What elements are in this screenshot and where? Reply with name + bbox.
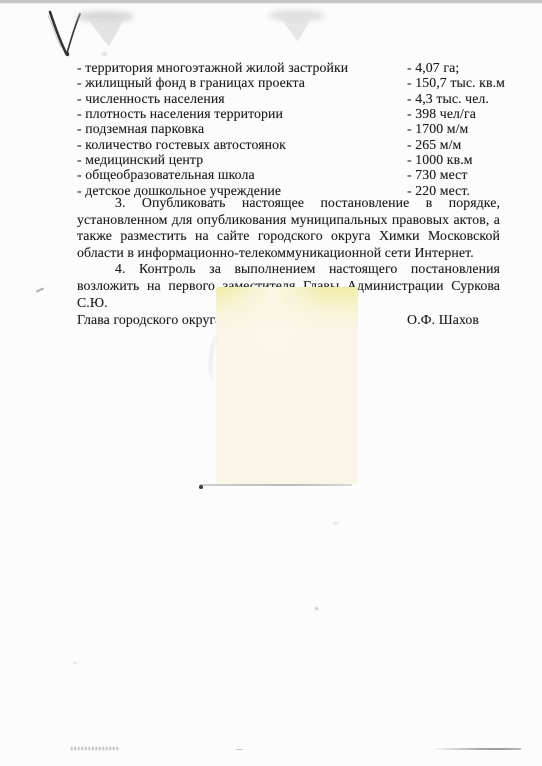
parameter-row: - количество гостевых автостоянок - 265 … — [77, 137, 507, 152]
footer-dash-mark — [236, 749, 243, 750]
scan-smudge-left-tail — [88, 20, 124, 48]
parameter-label: - подземная парковка — [77, 121, 204, 136]
footer-scan-line — [431, 748, 521, 750]
scan-speck — [315, 607, 318, 610]
parameter-value: - 398 чел/га — [407, 106, 476, 121]
scan-smudge-right — [269, 10, 324, 21]
scan-speck — [333, 522, 338, 524]
parameter-label: - количество гостевых автостоянок — [77, 137, 286, 152]
scanned-document-page: - территория многоэтажной жилой застройк… — [0, 0, 542, 766]
parameter-row: - подземная парковка - 1700 м/м — [77, 121, 507, 136]
footer-microtext-smudge — [71, 747, 118, 750]
note-bottom-edge-line — [200, 484, 352, 486]
scan-speck — [73, 662, 77, 664]
parameter-label: - территория многоэтажной жилой застройк… — [77, 60, 348, 75]
parameter-row: - плотность населения территории - 398 ч… — [77, 106, 507, 121]
parameter-value: - 4,07 га; — [407, 60, 459, 75]
parameter-row: - численность населения - 4,3 тыс. чел. — [77, 91, 507, 106]
note-bottom-dot — [199, 485, 203, 489]
parameter-value: - 1000 кв.м — [407, 152, 473, 167]
parameter-label: - жилищный фонд в границах проекта — [77, 75, 305, 90]
signature-name: О.Ф. Шахов — [407, 312, 479, 329]
parameter-label: - медицинский центр — [77, 152, 203, 167]
scan-smudge-left-dot — [102, 52, 107, 56]
scan-smudge-right-tail — [281, 19, 311, 43]
parameter-value: - 4,3 тыс. чел. — [407, 91, 489, 106]
parameter-value: - 730 мест — [407, 167, 468, 182]
parameter-value: - 265 м/м — [407, 137, 461, 152]
sticky-note-patch — [216, 287, 358, 484]
body-paragraph: 3. Опубликовать настоящее постановление … — [77, 195, 500, 261]
parameter-row: - общеобразовательная школа - 730 мест — [77, 167, 507, 182]
parameter-row: - жилищный фонд в границах проекта - 150… — [77, 75, 507, 90]
parameters-list: - территория многоэтажной жилой застройк… — [77, 60, 507, 198]
parameter-value: - 150,7 тыс. кв.м — [407, 75, 505, 90]
parameter-label: - общеобразовательная школа — [77, 167, 255, 182]
parameter-label: - численность населения — [77, 91, 225, 106]
scanner-edge-band — [0, 0, 542, 4]
parameter-row: - территория многоэтажной жилой застройк… — [77, 60, 507, 75]
signature-title: Глава городского округа — [77, 312, 221, 327]
parameter-label: - плотность населения территории — [77, 106, 283, 121]
parameter-row: - медицинский центр - 1000 кв.м — [77, 152, 507, 167]
margin-tick-mark — [36, 287, 44, 292]
pen-checkmark-icon — [46, 9, 84, 59]
scan-smudge-left — [76, 11, 134, 22]
parameter-value: - 1700 м/м — [407, 121, 468, 136]
